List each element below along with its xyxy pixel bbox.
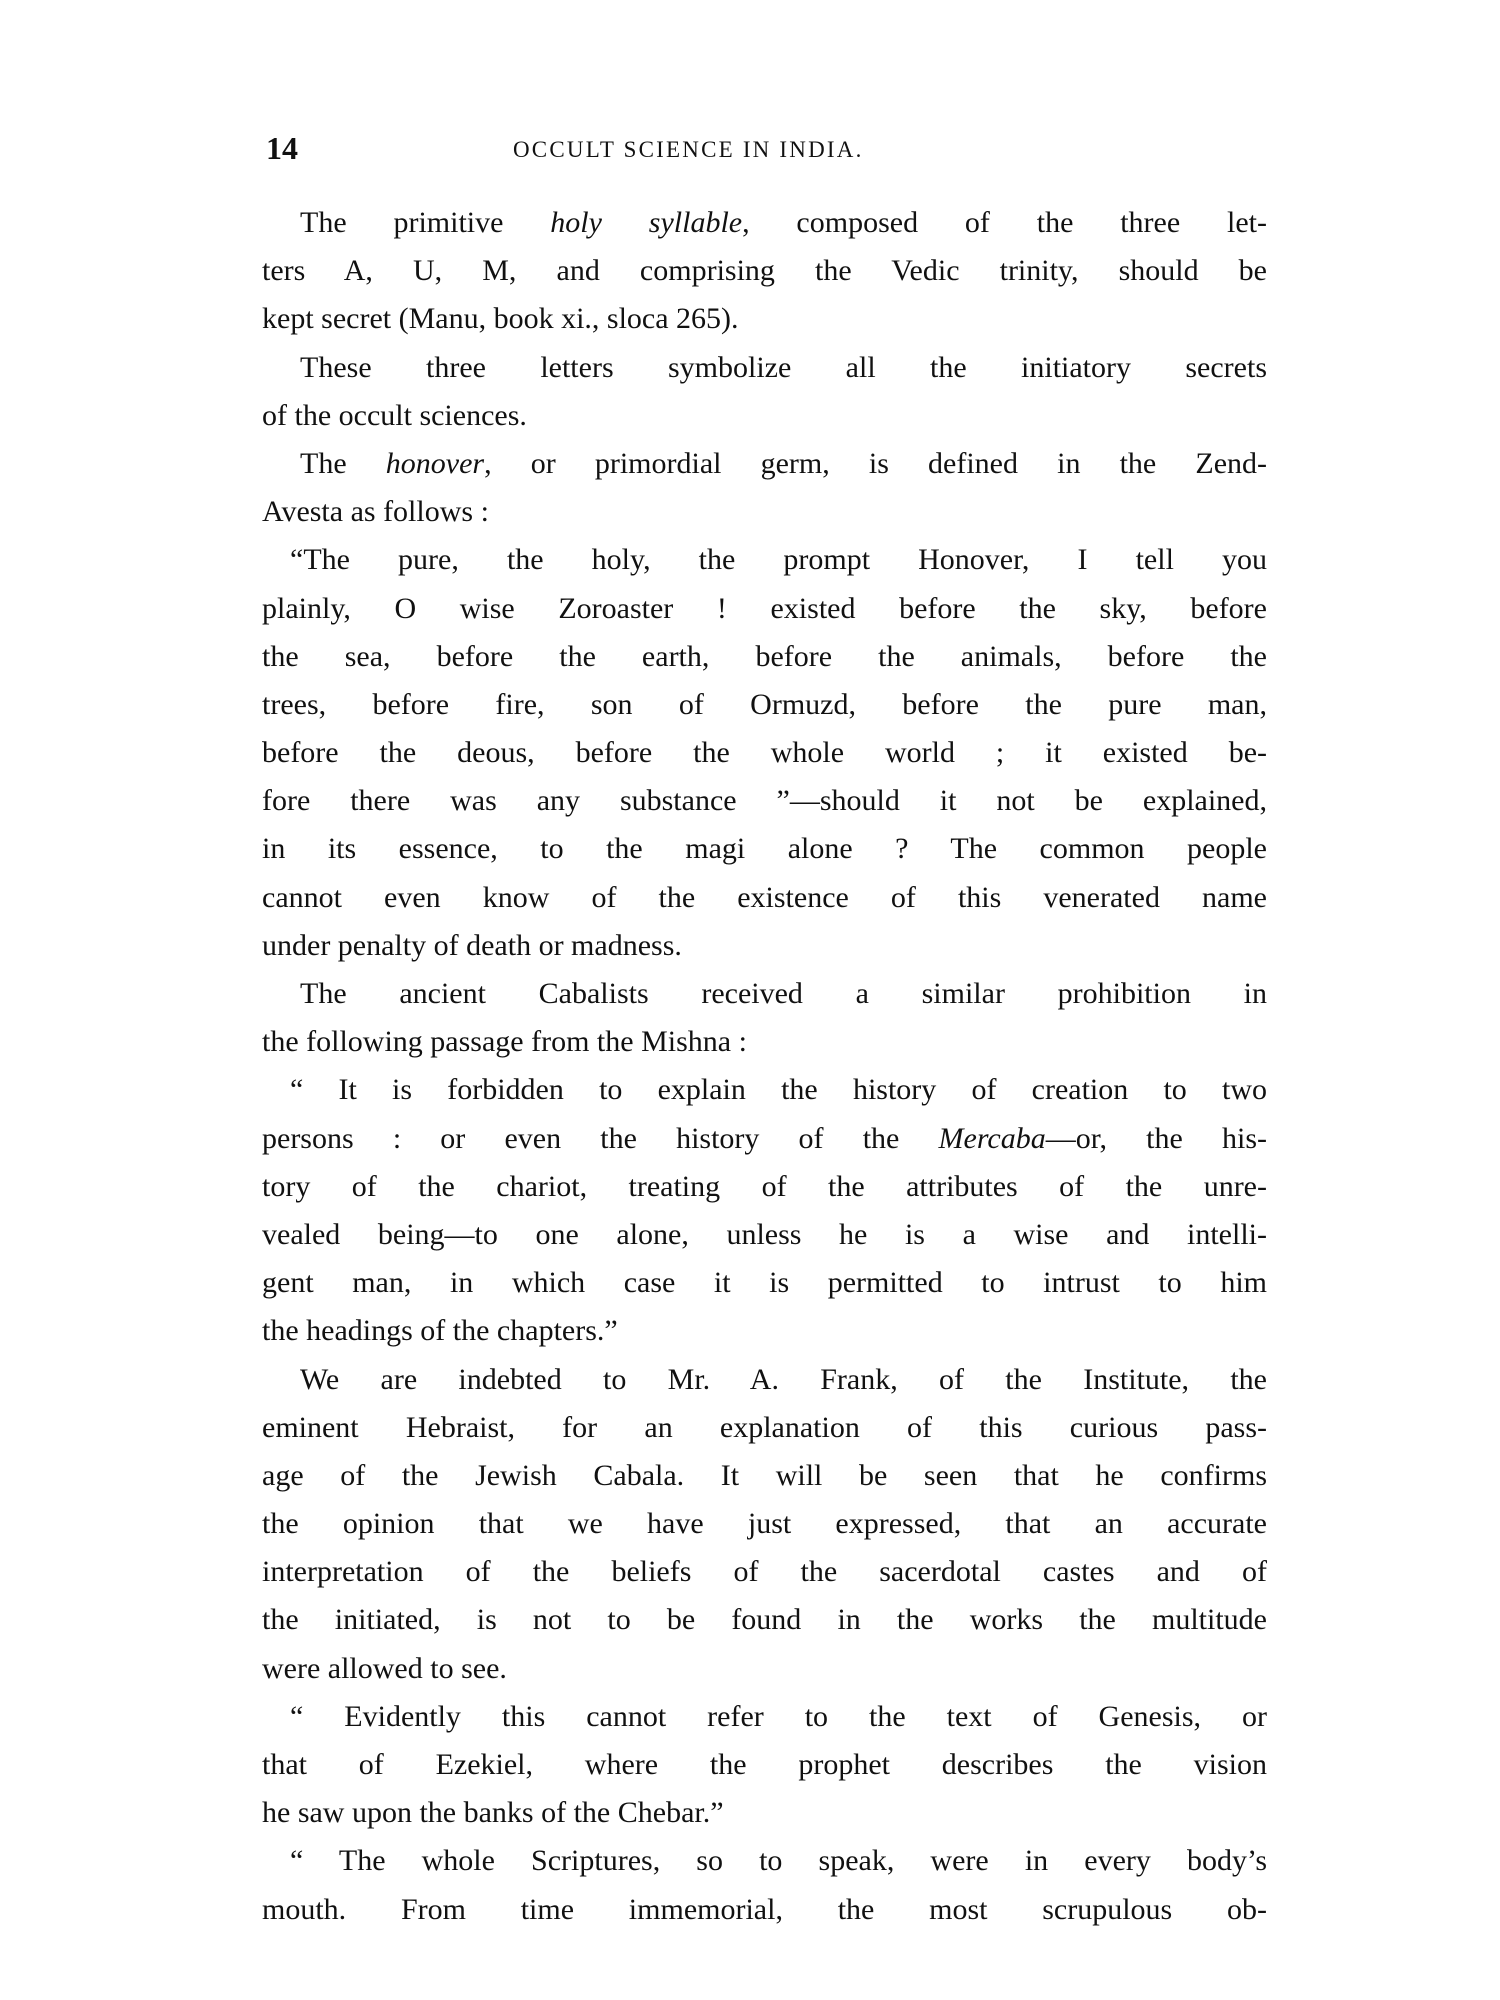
running-head: 14 OCCULT SCIENCE IN INDIA. <box>0 128 1500 168</box>
text-segment: interpretation of the beliefs of the sac… <box>262 1555 1267 1588</box>
text-line: We are indebted to Mr. A. Frank, of the … <box>262 1356 1267 1404</box>
text-line: “ The whole Scriptures, so to speak, wer… <box>262 1837 1267 1885</box>
text-line: he saw upon the banks of the Chebar.” <box>262 1789 1267 1837</box>
text-segment: , or primordial germ, is defined in the … <box>484 447 1267 480</box>
text-line: age of the Jewish Cabala. It will be see… <box>262 1452 1267 1500</box>
paragraph: The primitive holy syllable, composed of… <box>262 199 1267 344</box>
text-line: trees, before fire, son of Ormuzd, befor… <box>262 681 1267 729</box>
text-line: in its essence, to the magi alone ? The … <box>262 825 1267 873</box>
text-line: of the occult sciences. <box>262 392 1267 440</box>
text-line: tory of the chariot, treating of the att… <box>262 1163 1267 1211</box>
text-segment: of the occult sciences. <box>262 399 527 432</box>
page-number: 14 <box>266 128 298 168</box>
text-segment: “ It is forbidden to explain the history… <box>290 1073 1267 1106</box>
italic-term: holy syllable <box>550 206 742 239</box>
text-line: plainly, O wise Zoroaster ! existed befo… <box>262 585 1267 633</box>
paragraph: These three letters symbolize all the in… <box>262 344 1267 440</box>
text-line: eminent Hebraist, for an explanation of … <box>262 1404 1267 1452</box>
text-segment: the sea, before the earth, before the an… <box>262 640 1267 673</box>
italic-term: honover <box>386 447 484 480</box>
text-segment: These three letters symbolize all the in… <box>300 351 1267 384</box>
text-line: Avesta as follows : <box>262 488 1267 536</box>
text-line: ters A, U, M, and comprising the Vedic t… <box>262 247 1267 295</box>
text-segment: We are indebted to Mr. A. Frank, of the … <box>300 1363 1267 1396</box>
text-segment: trees, before fire, son of Ormuzd, befor… <box>262 688 1267 721</box>
text-segment: The primitive <box>300 206 550 239</box>
text-segment: mouth. From time immemorial, the most sc… <box>262 1893 1267 1926</box>
text-segment: vealed being—to one alone, unless he is … <box>262 1218 1267 1251</box>
text-line: under penalty of death or madness. <box>262 922 1267 970</box>
quoted-paragraph: “ It is forbidden to explain the history… <box>262 1066 1267 1355</box>
text-line: the headings of the chapters.” <box>262 1307 1267 1355</box>
text-segment: he saw upon the banks of the Chebar.” <box>262 1796 724 1829</box>
paragraph: We are indebted to Mr. A. Frank, of the … <box>262 1356 1267 1693</box>
text-segment: age of the Jewish Cabala. It will be see… <box>262 1459 1267 1492</box>
quoted-paragraph: “The pure, the holy, the prompt Honover,… <box>262 536 1267 970</box>
text-line: the opinion that we have just expressed,… <box>262 1500 1267 1548</box>
paragraph: The ancient Cabalists received a similar… <box>262 970 1267 1066</box>
text-segment: Avesta as follows : <box>262 495 489 528</box>
italic-term: Mercaba <box>939 1122 1046 1155</box>
text-segment: gent man, in which case it is permitted … <box>262 1266 1267 1299</box>
text-line: “ Evidently this cannot refer to the tex… <box>262 1693 1267 1741</box>
text-line: before the deous, before the whole world… <box>262 729 1267 777</box>
quoted-paragraph: “ The whole Scriptures, so to speak, wer… <box>262 1837 1267 1933</box>
text-line: vealed being—to one alone, unless he is … <box>262 1211 1267 1259</box>
text-segment: tory of the chariot, treating of the att… <box>262 1170 1267 1203</box>
text-segment: the initiated, is not to be found in the… <box>262 1603 1267 1636</box>
text-segment: “ The whole Scriptures, so to speak, wer… <box>290 1844 1267 1877</box>
text-line: were allowed to see. <box>262 1645 1267 1693</box>
text-segment: “ Evidently this cannot refer to the tex… <box>290 1700 1267 1733</box>
text-segment: kept secret (Manu, book xi., sloca 265). <box>262 302 739 335</box>
text-line: fore there was any substance ”—should it… <box>262 777 1267 825</box>
text-line: gent man, in which case it is permitted … <box>262 1259 1267 1307</box>
text-segment: the opinion that we have just expressed,… <box>262 1507 1267 1540</box>
text-line: interpretation of the beliefs of the sac… <box>262 1548 1267 1596</box>
text-line: kept secret (Manu, book xi., sloca 265). <box>262 295 1267 343</box>
text-segment: in its essence, to the magi alone ? The … <box>262 832 1267 865</box>
text-segment: were allowed to see. <box>262 1652 507 1685</box>
text-segment: —or, the his- <box>1046 1122 1267 1155</box>
text-segment: fore there was any substance ”—should it… <box>262 784 1267 817</box>
book-page: 14 OCCULT SCIENCE IN INDIA. The primitiv… <box>0 0 1500 2000</box>
text-line: the following passage from the Mishna : <box>262 1018 1267 1066</box>
text-line: persons : or even the history of the Mer… <box>262 1115 1267 1163</box>
text-segment: cannot even know of the existence of thi… <box>262 881 1267 914</box>
text-line: “ It is forbidden to explain the history… <box>262 1066 1267 1114</box>
text-segment: eminent Hebraist, for an explanation of … <box>262 1411 1267 1444</box>
text-segment: The ancient Cabalists received a similar… <box>300 977 1267 1010</box>
text-segment: ters A, U, M, and comprising the Vedic t… <box>262 254 1267 287</box>
text-segment: , composed of the three let- <box>742 206 1267 239</box>
text-line: These three letters symbolize all the in… <box>262 344 1267 392</box>
text-segment: under penalty of death or madness. <box>262 929 682 962</box>
text-line: the sea, before the earth, before the an… <box>262 633 1267 681</box>
text-line: The ancient Cabalists received a similar… <box>262 970 1267 1018</box>
text-segment: the headings of the chapters.” <box>262 1314 618 1347</box>
text-line: cannot even know of the existence of thi… <box>262 874 1267 922</box>
text-line: The primitive holy syllable, composed of… <box>262 199 1267 247</box>
text-segment: The <box>300 447 386 480</box>
text-segment: persons : or even the history of the <box>262 1122 939 1155</box>
text-line: mouth. From time immemorial, the most sc… <box>262 1886 1267 1934</box>
text-line: The honover, or primordial germ, is defi… <box>262 440 1267 488</box>
text-line: the initiated, is not to be found in the… <box>262 1596 1267 1644</box>
body-text: The primitive holy syllable, composed of… <box>262 199 1267 1934</box>
text-segment: before the deous, before the whole world… <box>262 736 1267 769</box>
paragraph: The honover, or primordial germ, is defi… <box>262 440 1267 536</box>
quoted-paragraph: “ Evidently this cannot refer to the tex… <box>262 1693 1267 1838</box>
text-segment: that of Ezekiel, where the prophet descr… <box>262 1748 1267 1781</box>
text-segment: the following passage from the Mishna : <box>262 1025 747 1058</box>
text-segment: plainly, O wise Zoroaster ! existed befo… <box>262 592 1267 625</box>
text-segment: “The pure, the holy, the prompt Honover,… <box>290 543 1267 576</box>
text-line: that of Ezekiel, where the prophet descr… <box>262 1741 1267 1789</box>
running-title: OCCULT SCIENCE IN INDIA. <box>513 130 1015 170</box>
text-line: “The pure, the holy, the prompt Honover,… <box>262 536 1267 584</box>
